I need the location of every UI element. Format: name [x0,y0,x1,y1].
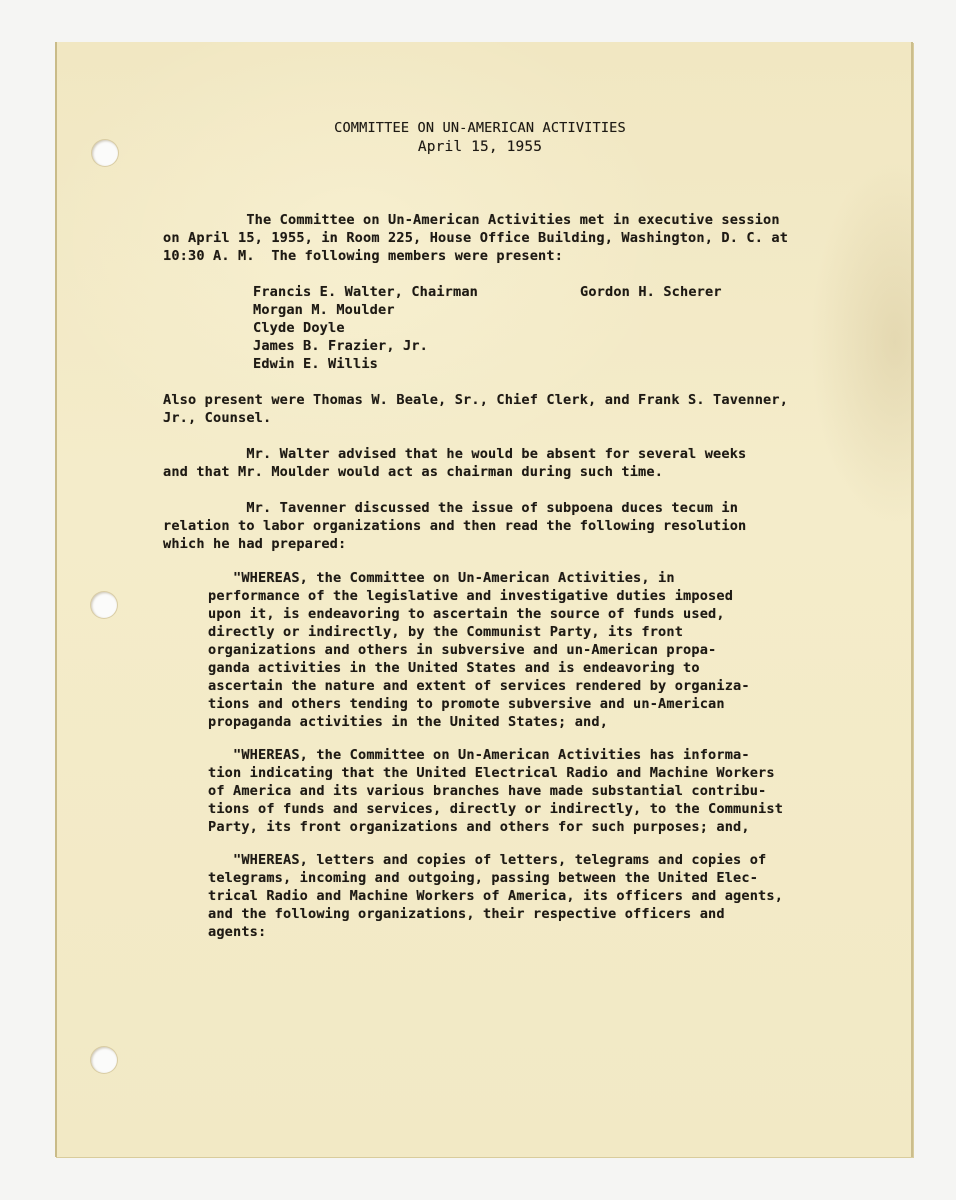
text-line: telegrams, incoming and outgoing, passin… [208,869,758,887]
text-line: The Committee on Un-American Activities … [163,211,780,229]
punch-hole-top [92,140,118,166]
text-line: ganda activities in the United States an… [208,659,700,677]
text-line: upon it, is endeavoring to ascertain the… [208,605,725,623]
text-line: performance of the legislative and inves… [208,587,733,605]
text-line: "WHEREAS, the Committee on Un-American A… [208,569,675,587]
member-name: Morgan M. Moulder [253,301,395,319]
text-line: tions and others tending to promote subv… [208,695,725,713]
member-name: Francis E. Walter, Chairman [253,283,478,301]
document-title: COMMITTEE ON UN-AMERICAN ACTIVITIES [280,119,680,137]
member-name: Edwin E. Willis [253,355,378,373]
text-line: relation to labor organizations and then… [163,517,746,535]
text-line: ascertain the nature and extent of servi… [208,677,750,695]
text-line: which he had prepared: [163,535,346,553]
text-line: and the following organizations, their r… [208,905,725,923]
text-line: Jr., Counsel. [163,409,271,427]
text-line: tions of funds and services, directly or… [208,800,783,818]
text-line: on April 15, 1955, in Room 225, House Of… [163,229,788,247]
member-name: James B. Frazier, Jr. [253,337,428,355]
text-line: Also present were Thomas W. Beale, Sr., … [163,391,788,409]
text-line: trical Radio and Machine Workers of Amer… [208,887,783,905]
document-date: April 15, 1955 [280,138,680,156]
text-line: and that Mr. Moulder would act as chairm… [163,463,663,481]
scanned-page-background: COMMITTEE ON UN-AMERICAN ACTIVITIES Apri… [0,0,956,1200]
punch-hole-middle [91,592,117,618]
text-line: Mr. Tavenner discussed the issue of subp… [163,499,738,517]
text-line: tion indicating that the United Electric… [208,764,775,782]
text-line: "WHEREAS, letters and copies of letters,… [208,851,766,869]
text-line: organizations and others in subversive a… [208,641,716,659]
text-line: Party, its front organizations and other… [208,818,750,836]
text-line: Mr. Walter advised that he would be abse… [163,445,746,463]
text-line: of America and its various branches have… [208,782,766,800]
member-name: Clyde Doyle [253,319,345,337]
text-line: "WHEREAS, the Committee on Un-American A… [208,746,750,764]
text-line: propaganda activities in the United Stat… [208,713,608,731]
text-line: 10:30 A. M. The following members were p… [163,247,563,265]
member-name: Gordon H. Scherer [580,283,722,301]
text-line: agents: [208,923,266,941]
text-line: directly or indirectly, by the Communist… [208,623,683,641]
punch-hole-bottom [91,1047,117,1073]
